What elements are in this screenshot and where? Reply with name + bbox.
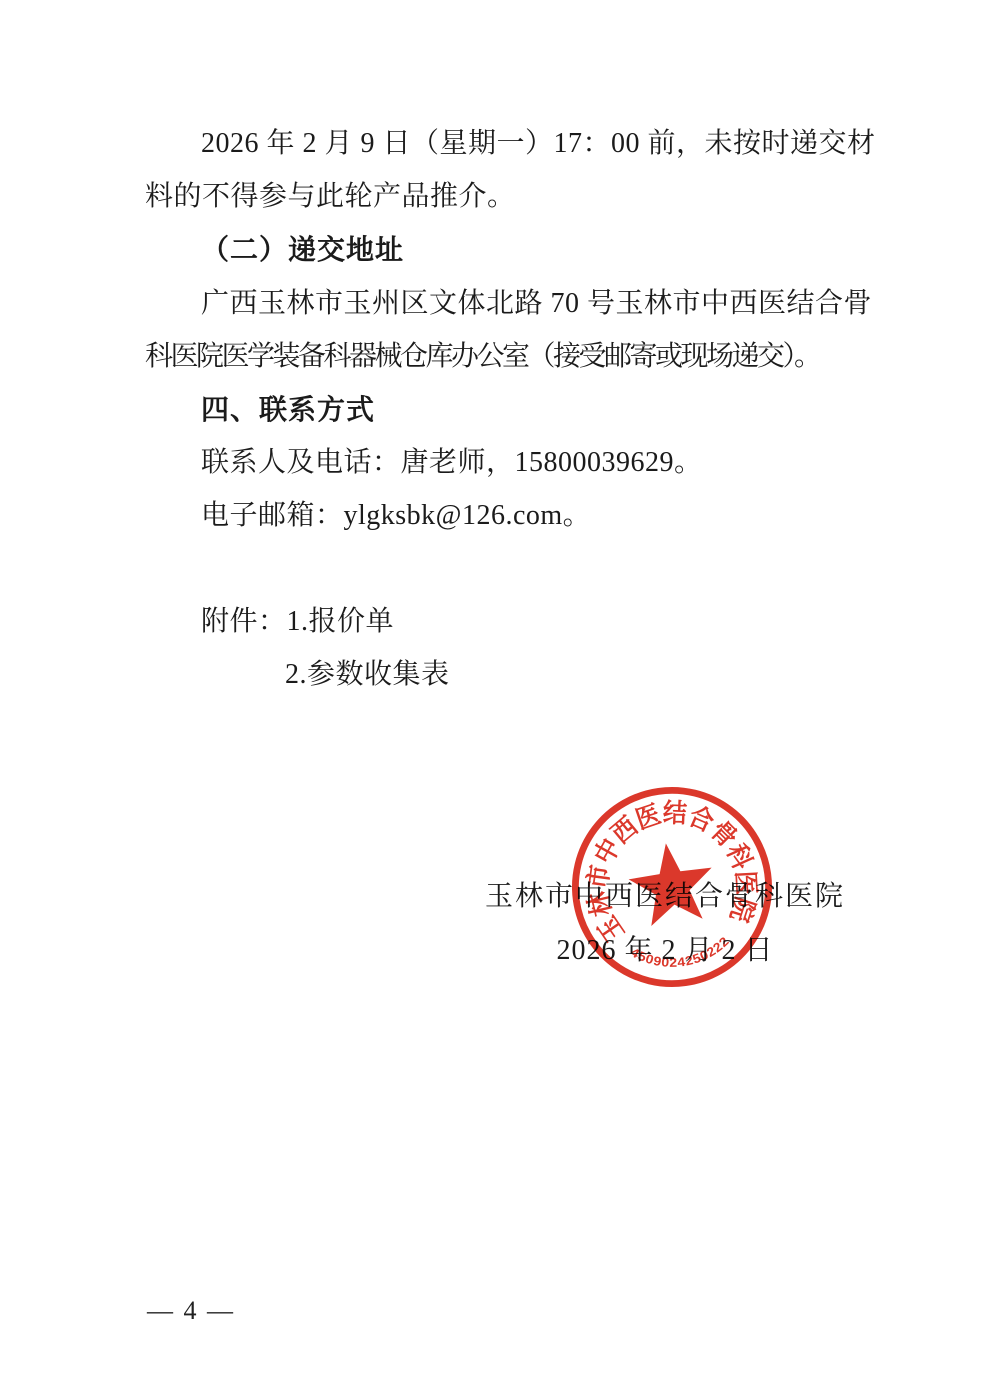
attachment-line-1: 附件：1.报价单 [145, 605, 941, 639]
signature-date: 2026 年 2 月 2 日 [470, 928, 860, 968]
attachment-line-2: 2.参数收集表 [145, 658, 1000, 692]
address-line-1: 广西玉林市玉州区文体北路 70 号玉林市中西医结合骨 [145, 287, 941, 321]
seal-curved-text: 玉林市中西医结合骨科医院 [570, 786, 767, 950]
contact-email-line: 电子邮箱：ylgksbk@126.com。 [145, 499, 941, 533]
page-number: — 4 — [147, 1296, 235, 1326]
deadline-line-2: 料的不得参与此轮产品推介。 [145, 180, 885, 214]
signature-organization: 玉林市中西医结合骨科医院 [470, 874, 860, 914]
contact-phone-line: 联系人及电话：唐老师，15800039629。 [145, 446, 941, 480]
section-address-heading: （二）递交地址 [145, 233, 941, 267]
address-line-2: 科医院医学装备科器械仓库办公室（接受邮寄或现场递交）。 [145, 340, 885, 374]
section-contact-heading: 四、联系方式 [145, 393, 941, 427]
document-page: 2026 年 2 月 9 日（星期一）17：00 前，未按时递交材 料的不得参与… [0, 0, 1000, 1392]
deadline-line-1: 2026 年 2 月 9 日（星期一）17：00 前，未按时递交材 [145, 127, 941, 161]
